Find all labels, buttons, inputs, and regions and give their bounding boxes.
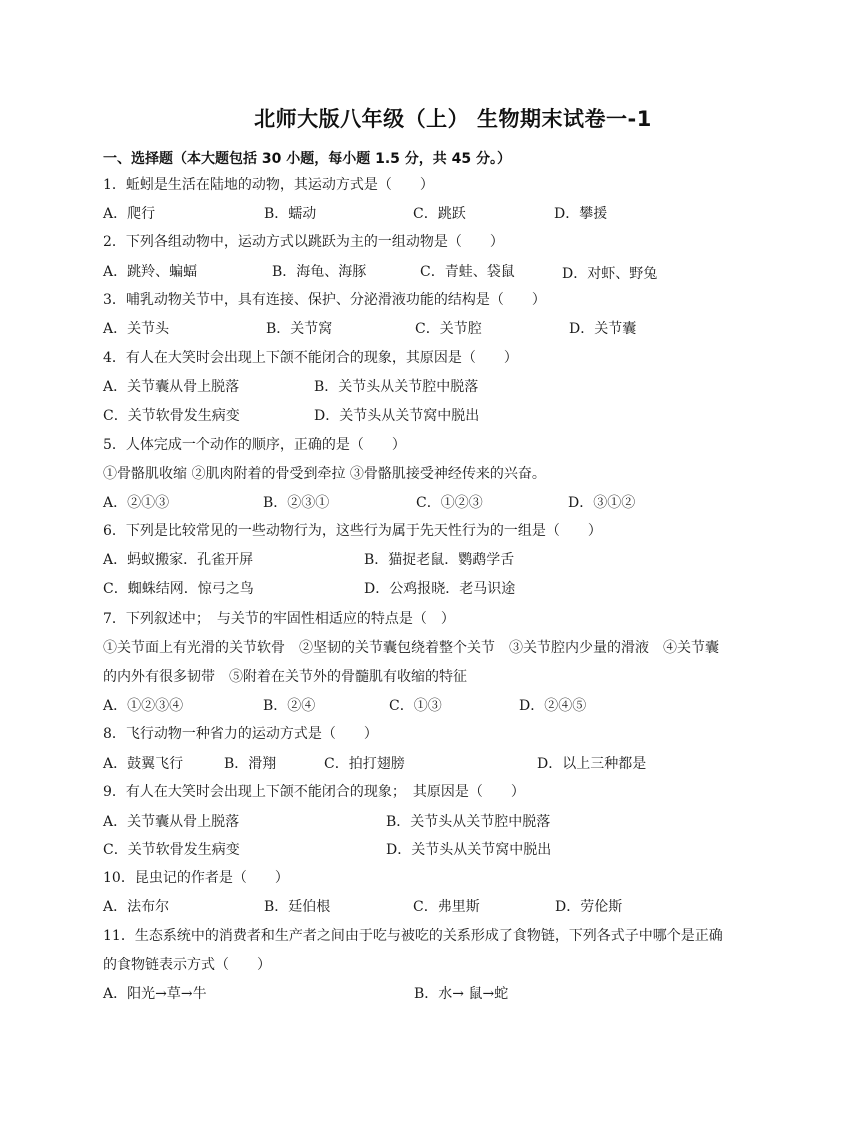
question-2-option-a[interactable]: A．跳羚、蝙蝠 [103,263,197,281]
question-5-option-a[interactable]: A．②①③ [103,494,169,512]
question-7-option-a[interactable]: A．①②③④ [103,697,183,715]
question-4-option-b[interactable]: B．关节头从关节腔中脱落 [314,378,478,396]
question-6-option-d[interactable]: D．公鸡报晓．老马识途 [364,580,515,598]
question-9-option-a[interactable]: A．关节囊从骨上脱落 [103,813,239,831]
question-6-stem: 6．下列是比较常见的一些动物行为，这些行为属于先天性行为的一组是（ ） [103,522,602,540]
question-11-option-a[interactable]: A．阳光→草→牛 [103,985,207,1003]
question-6-option-a[interactable]: A．蚂蚁搬家．孔雀开屏 [103,551,253,569]
question-11-stem: 11．生态系统中的消费者和生产者之间由于吃与被吃的关系形成了食物链，下列各式子中… [103,927,723,945]
question-8-option-c[interactable]: C．拍打翅膀 [324,755,405,773]
question-8-option-b[interactable]: B．滑翔 [224,755,276,773]
question-5-option-b[interactable]: B．②③① [263,494,329,512]
question-2-stem: 2．下列各组动物中，运动方式以跳跃为主的一组动物是（ ） [103,233,504,251]
question-8-stem: 8．飞行动物一种省力的运动方式是（ ） [103,725,378,743]
section-heading: 一、选择题（本大题包括 30 小题，每小题 1.5 分，共 45 分。） [103,148,511,168]
question-4-stem: 4．有人在大笑时会出现上下颌不能闭合的现象，其原因是（ ） [103,349,518,367]
question-5-option-c[interactable]: C．①②③ [416,494,483,512]
exam-page: 北师大版八年级（上） 生物期末试卷一-1 一、选择题（本大题包括 30 小题，每… [0,0,866,1122]
question-4-option-d[interactable]: D．关节头从关节窝中脱出 [314,407,479,425]
question-3-option-c[interactable]: C．关节腔 [415,320,482,338]
question-2-option-d[interactable]: D．对虾、野兔 [562,265,657,283]
question-3-stem: 3．哺乳动物关节中，具有连接、保护、分泌滑液功能的结构是（ ） [103,291,546,309]
question-1-option-a[interactable]: A．爬行 [103,205,155,223]
question-6-option-b[interactable]: B．猫捉老鼠．鹦鹉学舌 [364,551,514,569]
question-2-option-b[interactable]: B．海龟、海豚 [272,263,366,281]
question-1-option-d[interactable]: D．攀援 [554,205,607,223]
question-1-stem: 1．蚯蚓是生活在陆地的动物，其运动方式是（ ） [103,176,434,194]
question-3-option-b[interactable]: B．关节窝 [266,320,332,338]
question-11-option-b[interactable]: B．水→ 鼠→蛇 [414,985,508,1003]
question-10-option-c[interactable]: C．弗里斯 [413,898,480,916]
question-4-option-c[interactable]: C．关节软骨发生病变 [103,407,240,425]
question-7-option-d[interactable]: D．②④⑤ [519,697,586,715]
question-1-option-c[interactable]: C．跳跃 [413,205,466,223]
question-7-statements-line-2: 的内外有很多韧带 ⑤附着在关节外的骨髓肌有收缩的特征 [103,668,467,686]
question-7-option-b[interactable]: B．②④ [263,697,315,715]
question-10-option-a[interactable]: A．法布尔 [103,898,169,916]
question-7-option-c[interactable]: C．①③ [389,697,442,715]
question-4-option-a[interactable]: A．关节囊从骨上脱落 [103,378,239,396]
question-9-stem: 9．有人在大笑时会出现上下颌不能闭合的现象； 其原因是（ ） [103,783,525,801]
question-8-option-a[interactable]: A．鼓翼飞行 [103,755,183,773]
question-5-statements: ①骨骼肌收缩 ②肌肉附着的骨受到牵拉 ③骨骼肌接受神经传来的兴奋。 [103,465,546,483]
question-7-stem: 7．下列叙述中； 与关节的牢固性相适应的特点是（ ） [103,610,455,628]
question-2-option-c[interactable]: C．青蛙、袋鼠 [420,263,515,281]
question-10-stem: 10．昆虫记的作者是（ ） [103,869,289,887]
question-3-option-d[interactable]: D．关节囊 [569,320,636,338]
question-9-option-b[interactable]: B．关节头从关节腔中脱落 [386,813,550,831]
question-3-option-a[interactable]: A．关节头 [103,320,169,338]
question-8-option-d[interactable]: D．以上三种都是 [537,755,646,773]
question-6-option-c[interactable]: C．蜘蛛结网．惊弓之鸟 [103,580,254,598]
page-title: 北师大版八年级（上） 生物期末试卷一-1 [0,103,866,133]
question-9-option-d[interactable]: D．关节头从关节窝中脱出 [386,841,551,859]
question-5-stem: 5．人体完成一个动作的顺序，正确的是（ ） [103,436,406,454]
question-1-option-b[interactable]: B．蠕动 [264,205,316,223]
question-11-stem-continued: 的食物链表示方式（ ） [103,956,271,974]
question-10-option-d[interactable]: D．劳伦斯 [555,898,622,916]
question-10-option-b[interactable]: B．廷伯根 [264,898,330,916]
question-7-statements-line-1: ①关节面上有光滑的关节软骨 ②坚韧的关节囊包绕着整个关节 ③关节腔内少量的滑液 … [103,639,719,657]
question-9-option-c[interactable]: C．关节软骨发生病变 [103,841,240,859]
question-5-option-d[interactable]: D．③①② [568,494,635,512]
